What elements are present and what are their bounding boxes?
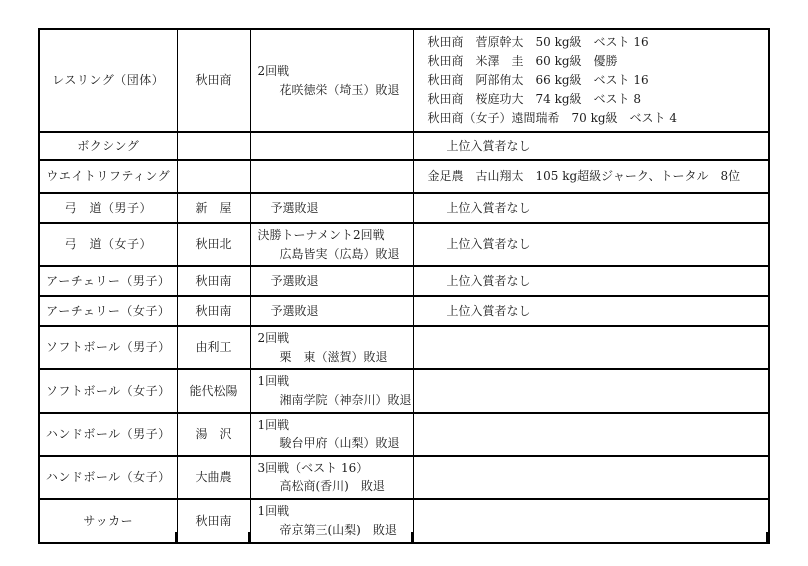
table-row: ボクシング 上位入賞者なし (39, 132, 769, 160)
table-border-stub (411, 532, 413, 542)
result-cell: 予選敗退 (250, 296, 413, 326)
result-cell: 決勝トーナメント2回戦 広島皆実（広島）敗退 (250, 223, 413, 266)
table-border-stub (38, 532, 40, 542)
sport-cell: ウエイトリフティング (39, 160, 177, 193)
result-round: 予選敗退 (258, 302, 409, 321)
school-cell: 秋田商 (177, 29, 250, 132)
sport-cell: アーチェリー（女子） (39, 296, 177, 326)
table-row: ウエイトリフティング 金足農 古山翔太 105 kg超級ジャーク、トータル 8位 (39, 160, 769, 193)
school-cell: 新 屋 (177, 193, 250, 223)
result-cell: 1回戦 駿台甲府（山梨）敗退 (250, 413, 413, 456)
detail-line: 上位入賞者なし (428, 302, 765, 321)
table-row: 弓 道（男子） 新 屋 予選敗退 上位入賞者なし (39, 193, 769, 223)
result-opponent: 広島皆実（広島）敗退 (258, 245, 409, 264)
result-opponent: 高松商(香川) 敗退 (258, 477, 409, 496)
result-round: 1回戦 (258, 502, 409, 521)
sport-cell: 弓 道（男子） (39, 193, 177, 223)
school-cell: 秋田南 (177, 296, 250, 326)
table-row: 弓 道（女子） 秋田北 決勝トーナメント2回戦 広島皆実（広島）敗退 上位入賞者… (39, 223, 769, 266)
details-cell (413, 456, 769, 499)
details-cell (413, 499, 769, 543)
sport-cell: ハンドボール（男子） (39, 413, 177, 456)
result-opponent: 栗 東（滋賀）敗退 (258, 348, 409, 367)
detail-line: 上位入賞者なし (428, 137, 765, 156)
table-row: ハンドボール（女子） 大曲農 3回戦（ベスト 16） 高松商(香川) 敗退 (39, 456, 769, 499)
school-cell: 大曲農 (177, 456, 250, 499)
detail-line: 秋田商 阿部侑太 66 kg級 ベスト 16 (428, 71, 765, 90)
table-border-stub (175, 532, 177, 542)
school-cell: 能代松陽 (177, 369, 250, 412)
detail-line: 秋田商 菅原幹太 50 kg級 ベスト 16 (428, 33, 765, 52)
school-cell: 湯 沢 (177, 413, 250, 456)
details-cell (413, 369, 769, 412)
sport-cell: レスリング（団体） (39, 29, 177, 132)
results-table: レスリング（団体） 秋田商 2回戦 花咲徳栄（埼玉）敗退 秋田商 菅原幹太 50… (38, 28, 770, 544)
result-cell (250, 160, 413, 193)
school-cell (177, 160, 250, 193)
table-row: ハンドボール（男子） 湯 沢 1回戦 駿台甲府（山梨）敗退 (39, 413, 769, 456)
result-cell: 予選敗退 (250, 266, 413, 296)
result-round: 3回戦（ベスト 16） (258, 459, 409, 478)
result-cell: 2回戦 栗 東（滋賀）敗退 (250, 326, 413, 369)
details-cell: 上位入賞者なし (413, 296, 769, 326)
sport-cell: 弓 道（女子） (39, 223, 177, 266)
sport-cell: アーチェリー（男子） (39, 266, 177, 296)
details-cell: 秋田商 菅原幹太 50 kg級 ベスト 16 秋田商 米澤 圭 60 kg級 優… (413, 29, 769, 132)
result-cell: 2回戦 花咲徳栄（埼玉）敗退 (250, 29, 413, 132)
result-cell: 3回戦（ベスト 16） 高松商(香川) 敗退 (250, 456, 413, 499)
detail-line: 秋田商 米澤 圭 60 kg級 優勝 (428, 52, 765, 71)
table-row: ソフトボール（女子） 能代松陽 1回戦 湘南学院（神奈川）敗退 (39, 369, 769, 412)
details-cell (413, 326, 769, 369)
school-cell: 秋田北 (177, 223, 250, 266)
result-opponent: 駿台甲府（山梨）敗退 (258, 434, 409, 453)
school-cell: 秋田南 (177, 499, 250, 543)
detail-line: 秋田商 桜庭功大 74 kg級 ベスト 8 (428, 90, 765, 109)
result-cell: 1回戦 湘南学院（神奈川）敗退 (250, 369, 413, 412)
result-opponent: 花咲徳栄（埼玉）敗退 (258, 81, 409, 100)
result-cell (250, 132, 413, 160)
table-row: レスリング（団体） 秋田商 2回戦 花咲徳栄（埼玉）敗退 秋田商 菅原幹太 50… (39, 29, 769, 132)
result-round: 決勝トーナメント2回戦 (258, 226, 409, 245)
detail-line: 秋田商（女子）遠間瑞希 70 kg級 ベスト 4 (428, 109, 765, 128)
result-round: 2回戦 (258, 62, 409, 81)
details-cell: 上位入賞者なし (413, 266, 769, 296)
sport-cell: ハンドボール（女子） (39, 456, 177, 499)
sport-cell: ソフトボール（女子） (39, 369, 177, 412)
details-cell (413, 413, 769, 456)
result-round: 1回戦 (258, 416, 409, 435)
sport-cell: ソフトボール（男子） (39, 326, 177, 369)
result-cell: 1回戦 帝京第三(山梨) 敗退 (250, 499, 413, 543)
school-cell: 由利工 (177, 326, 250, 369)
result-cell: 予選敗退 (250, 193, 413, 223)
details-cell: 上位入賞者なし (413, 132, 769, 160)
details-cell: 上位入賞者なし (413, 223, 769, 266)
result-round: 2回戦 (258, 329, 409, 348)
detail-line: 上位入賞者なし (428, 272, 765, 291)
school-cell: 秋田南 (177, 266, 250, 296)
table-row: アーチェリー（男子） 秋田南 予選敗退 上位入賞者なし (39, 266, 769, 296)
result-round: 予選敗退 (258, 272, 409, 291)
result-round: 1回戦 (258, 372, 409, 391)
details-cell: 金足農 古山翔太 105 kg超級ジャーク、トータル 8位 (413, 160, 769, 193)
table-row: ソフトボール（男子） 由利工 2回戦 栗 東（滋賀）敗退 (39, 326, 769, 369)
detail-line: 上位入賞者なし (428, 199, 765, 218)
table-row: アーチェリー（女子） 秋田南 予選敗退 上位入賞者なし (39, 296, 769, 326)
sport-cell: ボクシング (39, 132, 177, 160)
sport-cell: サッカー (39, 499, 177, 543)
detail-line: 上位入賞者なし (428, 235, 765, 254)
result-round: 予選敗退 (258, 199, 409, 218)
details-cell: 上位入賞者なし (413, 193, 769, 223)
table-row: サッカー 秋田南 1回戦 帝京第三(山梨) 敗退 (39, 499, 769, 543)
result-opponent: 湘南学院（神奈川）敗退 (258, 391, 409, 410)
document-page: レスリング（団体） 秋田商 2回戦 花咲徳栄（埼玉）敗退 秋田商 菅原幹太 50… (0, 0, 808, 566)
table-border-stub (766, 532, 768, 542)
detail-line: 金足農 古山翔太 105 kg超級ジャーク、トータル 8位 (428, 167, 765, 186)
table-border-stub (248, 532, 250, 542)
result-opponent: 帝京第三(山梨) 敗退 (258, 521, 409, 540)
school-cell (177, 132, 250, 160)
